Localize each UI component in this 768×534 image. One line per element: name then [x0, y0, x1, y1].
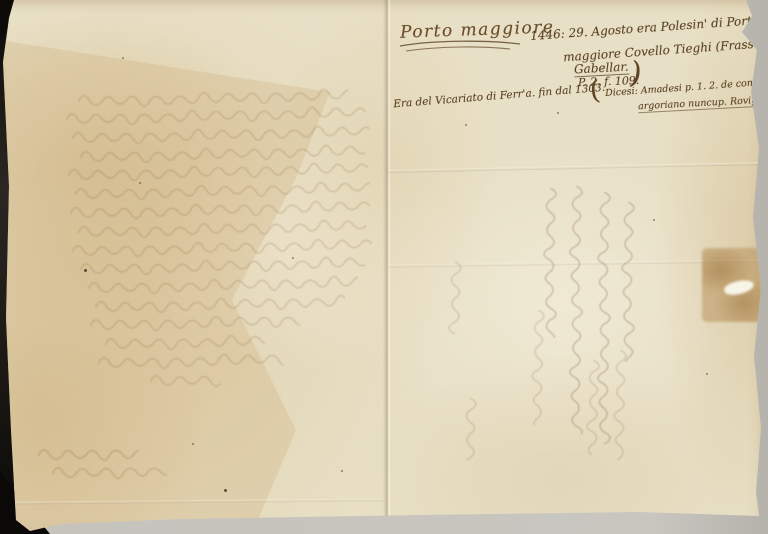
bleedthrough-line — [530, 310, 546, 425]
annotation-line: Era del Vicariato di Ferr'a. fin dal 130… — [393, 82, 606, 111]
bleedthrough-line — [568, 186, 584, 434]
annotation-line: maggiore Covello Tieghi (Frassen. — [563, 36, 768, 65]
foxing-speck — [122, 57, 124, 59]
bleedthrough-line — [585, 360, 601, 455]
annotation-line: argoriano nuncup. Rovigo — [638, 95, 764, 114]
foxing-speck — [192, 443, 194, 445]
adhesive-residue-stain — [702, 248, 762, 322]
foxing-speck — [224, 489, 227, 492]
bleedthrough-line — [150, 372, 220, 390]
bleedthrough-line — [462, 398, 478, 460]
foxing-speck — [557, 112, 559, 114]
title-underline-flourish — [398, 40, 523, 54]
foxing-speck — [292, 257, 294, 259]
paper-loss-spot — [723, 278, 755, 298]
horizontal-crease — [388, 162, 766, 173]
foxing-speck — [653, 219, 655, 221]
foxing-speck — [84, 269, 87, 272]
bleedthrough-line — [612, 350, 628, 460]
bleedthrough-line — [38, 445, 138, 464]
foxing-speck — [139, 182, 141, 184]
bleedthrough-line — [447, 262, 463, 334]
foxing-speck — [341, 470, 343, 472]
bleedthrough-line — [620, 202, 636, 362]
paper-sheet: Porto maggiore 1446: 29. Agosto era Pole… — [0, 0, 768, 534]
foxing-speck — [465, 124, 467, 126]
foxing-speck — [706, 373, 708, 375]
bleedthrough-line — [52, 463, 167, 482]
manuscript-scan: Porto maggiore 1446: 29. Agosto era Pole… — [0, 0, 768, 534]
